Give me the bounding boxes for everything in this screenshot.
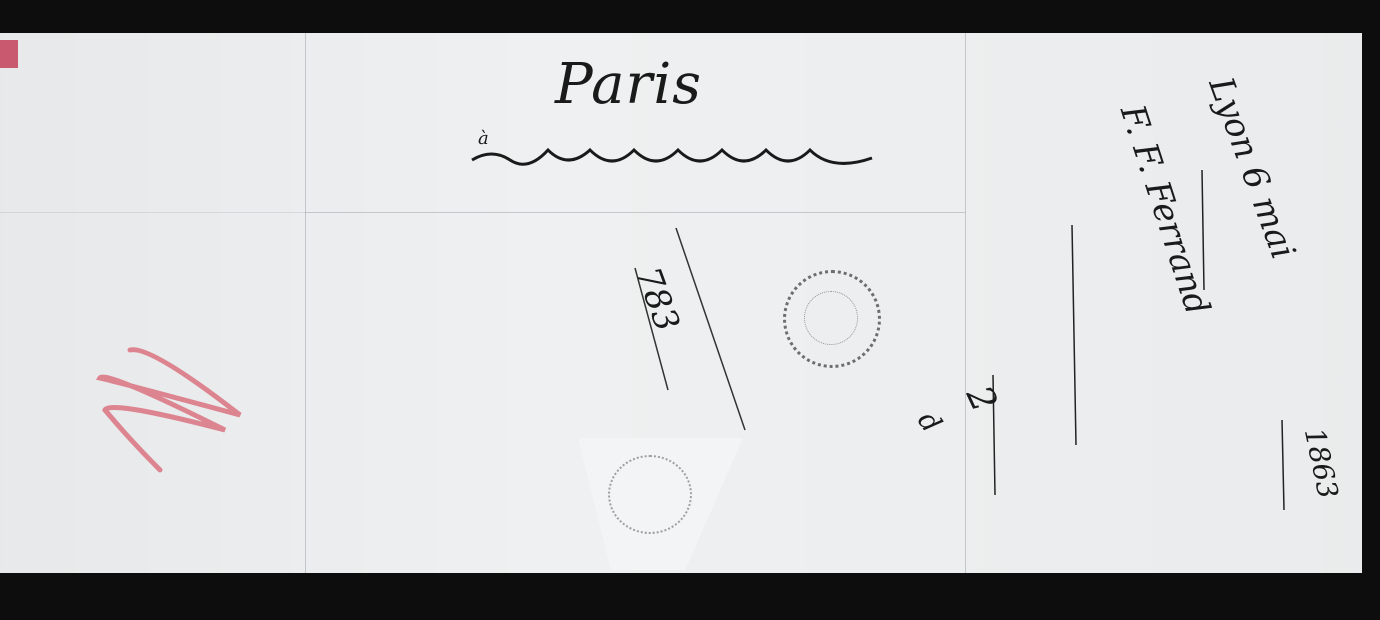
postmark-center — [804, 291, 858, 345]
circular-postmark — [783, 270, 881, 368]
wax-seal-impression — [608, 455, 692, 534]
